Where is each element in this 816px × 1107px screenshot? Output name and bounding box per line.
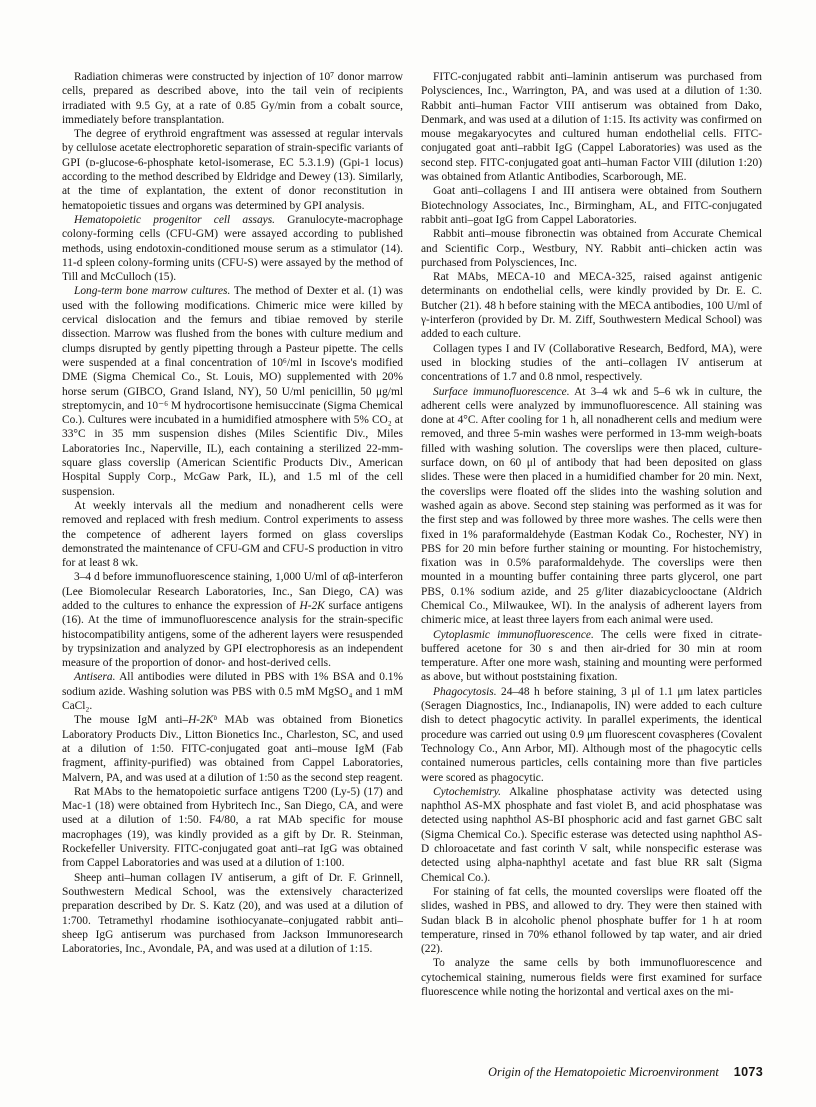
text-segment: Alkaline phosphatase activity was detect… [421,786,762,884]
italic-text-segment: Cytoplasmic immunofluorescence. [433,629,594,641]
text-segment: Sheep anti–human collagen IV antiserum, … [62,872,403,955]
paragraph: FITC-conjugated rabbit anti–laminin anti… [421,70,762,184]
text-segment: 24–48 h before staining, 3 μl of 1.1 μm … [421,686,762,784]
italic-text-segment: Long-term bone marrow cultures. [74,285,230,297]
text-segment: Rat MAbs to the hematopoietic surface an… [62,786,403,869]
two-column-text-block: Radiation chimeras were constructed by i… [62,70,762,999]
italic-text-segment: Surface immunofluorescence. [433,386,570,398]
paragraph: Collagen types I and IV (Collaborative R… [421,342,762,385]
text-segment: The mouse IgM anti– [74,714,188,726]
page-footer: Origin of the Hematopoietic Microenviron… [488,1065,763,1080]
page-number: 1073 [734,1065,763,1079]
text-segment: Goat anti–collagens I and III antisera w… [421,185,762,226]
paragraph: Radiation chimeras were constructed by i… [62,70,403,127]
text-segment: The method of Dexter et al. (1) was used… [62,285,403,497]
paragraph: At weekly intervals all the medium and n… [62,499,403,570]
paragraph: Surface immunofluorescence. At 3–4 wk an… [421,385,762,628]
text-segment: Rat MAbs, MECA-10 and MECA-325, raised a… [421,271,762,340]
text-segment: The degree of erythroid engraftment was … [62,128,403,211]
text-segment: FITC-conjugated rabbit anti–laminin anti… [421,71,762,183]
left-column: Radiation chimeras were constructed by i… [62,70,403,999]
paragraph: Goat anti–collagens I and III antisera w… [421,184,762,227]
text-segment: At 3–4 wk and 5–6 wk in culture, the adh… [421,386,762,627]
right-column: FITC-conjugated rabbit anti–laminin anti… [421,70,762,999]
italic-text-segment: H-2Kᵇ [188,714,216,726]
paragraph: The mouse IgM anti–H-2Kᵇ MAb was obtaine… [62,713,403,784]
italic-text-segment: H-2K [299,600,324,612]
paragraph: Long-term bone marrow cultures. The meth… [62,284,403,498]
paragraph: Rat MAbs to the hematopoietic surface an… [62,785,403,871]
journal-page: Radiation chimeras were constructed by i… [0,0,816,1107]
text-segment: Rabbit anti–mouse fibronectin was obtain… [421,228,762,269]
italic-text-segment: Antisera. [74,671,115,683]
text-segment: Collagen types I and IV (Collaborative R… [421,343,762,384]
paragraph: To analyze the same cells by both immuno… [421,956,762,999]
paragraph: Cytoplasmic immunofluorescence. The cell… [421,628,762,685]
paragraph: Antisera. All antibodies were diluted in… [62,670,403,713]
italic-text-segment: Hematopoietic progenitor cell assays. [74,214,275,226]
paragraph: Hematopoietic progenitor cell assays. Gr… [62,213,403,284]
text-segment: Radiation chimeras were constructed by i… [62,71,403,126]
text-segment: At weekly intervals all the medium and n… [62,500,403,569]
italic-text-segment: Cytochemistry. [433,786,501,798]
paragraph: Phagocytosis. 24–48 h before staining, 3… [421,685,762,785]
text-segment: For staining of fat cells, the mounted c… [421,886,762,955]
text-segment: To analyze the same cells by both immuno… [421,957,762,998]
paragraph: Rat MAbs, MECA-10 and MECA-325, raised a… [421,270,762,341]
paragraph: Rabbit anti–mouse fibronectin was obtain… [421,227,762,270]
paragraph: Sheep anti–human collagen IV antiserum, … [62,871,403,957]
paragraph: The degree of erythroid engraftment was … [62,127,403,213]
running-title: Origin of the Hematopoietic Microenviron… [488,1065,719,1080]
paragraph: 3–4 d before immunofluorescence staining… [62,570,403,670]
paragraph: For staining of fat cells, the mounted c… [421,885,762,956]
italic-text-segment: Phagocytosis. [433,686,497,698]
paragraph: Cytochemistry. Alkaline phosphatase acti… [421,785,762,885]
